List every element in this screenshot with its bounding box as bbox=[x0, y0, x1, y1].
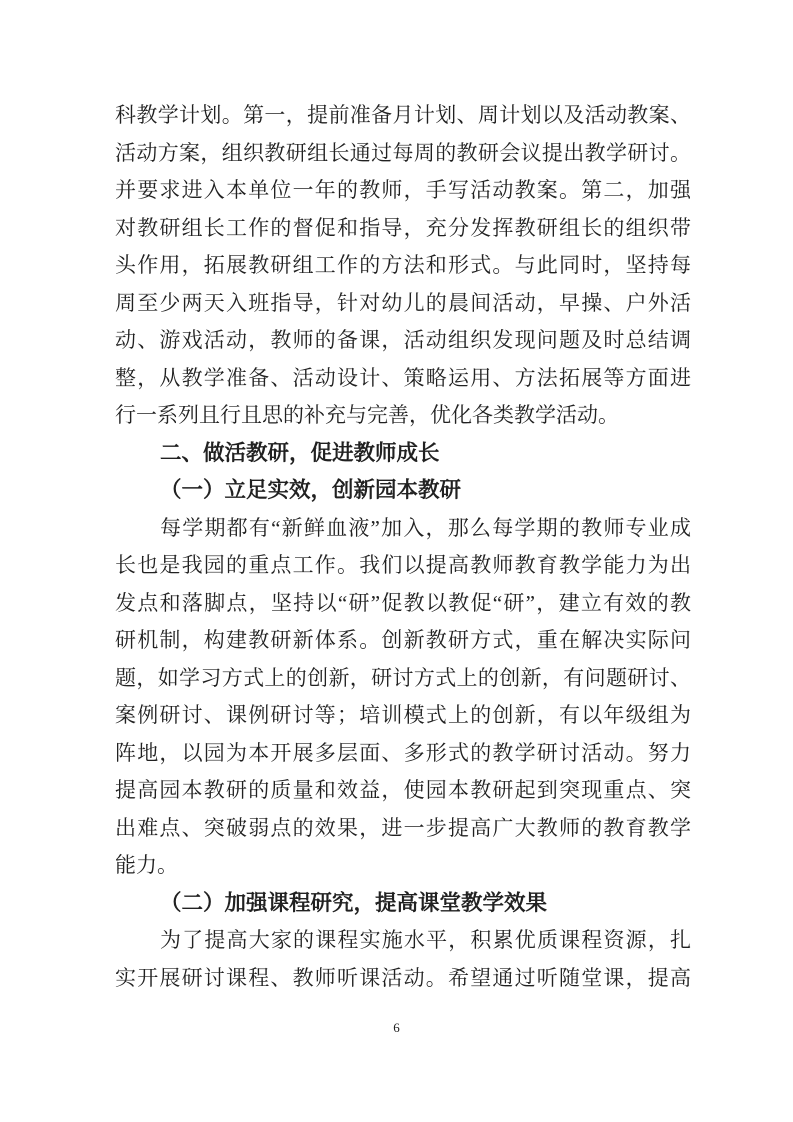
text-line: 活动方案，组织教研组长通过每周的教研会议提出教学研讨。 bbox=[115, 135, 691, 173]
text-line: 并要求进入本单位一年的教师，手写活动教案。第二，加强 bbox=[115, 172, 691, 210]
text-line: 行一系列且行且思的补充与完善，优化各类教学活动。 bbox=[115, 397, 691, 435]
text-line: 为了提高大家的课程实施水平，积累优质课程资源，扎 bbox=[115, 922, 691, 960]
text-line: 整，从教学准备、活动设计、策略运用、方法拓展等方面进 bbox=[115, 360, 691, 398]
document-body: 科教学计划。第一，提前准备月计划、周计划以及活动教案、 活动方案，组织教研组长通… bbox=[115, 97, 691, 997]
text-line: 周至少两天入班指导，针对幼儿的晨间活动，早操、户外活 bbox=[115, 285, 691, 323]
text-line: 出难点、突破弱点的效果，进一步提高广大教师的教育教学 bbox=[115, 810, 691, 848]
text-line: 每学期都有“新鲜血液”加入，那么每学期的教师专业成 bbox=[115, 510, 691, 548]
section-heading: （二）加强课程研究，提高课堂教学效果 bbox=[115, 885, 691, 923]
text-line: 能力。 bbox=[115, 847, 691, 885]
text-line: 实开展研讨课程、教师听课活动。希望通过听随堂课，提高 bbox=[115, 960, 691, 998]
text-line: 科教学计划。第一，提前准备月计划、周计划以及活动教案、 bbox=[115, 97, 691, 135]
section-heading: （一）立足实效，创新园本教研 bbox=[115, 472, 691, 510]
text-line: 动、游戏活动，教师的备课，活动组织发现问题及时总结调 bbox=[115, 322, 691, 360]
text-line: 研机制，构建教研新体系。创新教研方式，重在解决实际问 bbox=[115, 622, 691, 660]
text-line: 发点和落脚点，坚持以“研”促教以教促“研”，建立有效的教 bbox=[115, 585, 691, 623]
text-line: 头作用，拓展教研组工作的方法和形式。与此同时，坚持每 bbox=[115, 247, 691, 285]
text-line: 案例研讨、课例研讨等；培训模式上的创新，有以年级组为 bbox=[115, 697, 691, 735]
text-line: 阵地，以园为本开展多层面、多形式的教学研讨活动。努力 bbox=[115, 735, 691, 773]
text-line: 对教研组长工作的督促和指导，充分发挥教研组长的组织带 bbox=[115, 210, 691, 248]
section-heading: 二、做活教研，促进教师成长 bbox=[115, 435, 691, 473]
document-page: 科教学计划。第一，提前准备月计划、周计划以及活动教案、 活动方案，组织教研组长通… bbox=[0, 0, 793, 1122]
text-line: 提高园本教研的质量和效益，使园本教研起到突现重点、突 bbox=[115, 772, 691, 810]
text-line: 长也是我园的重点工作。我们以提高教师教育教学能力为出 bbox=[115, 547, 691, 585]
page-number: 6 bbox=[0, 1020, 793, 1036]
text-line: 题，如学习方式上的创新，研讨方式上的创新，有问题研讨、 bbox=[115, 660, 691, 698]
